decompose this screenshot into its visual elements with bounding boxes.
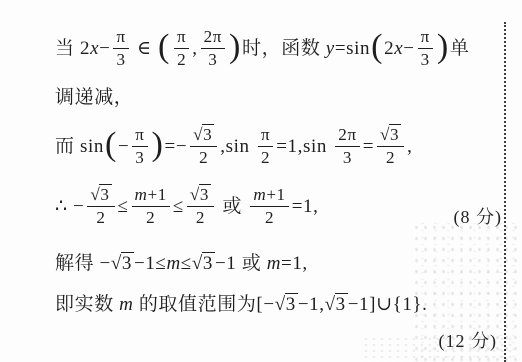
math-text: 2 — [177, 50, 186, 69]
math-square-root: √3 — [111, 253, 134, 274]
math-text: , — [192, 38, 197, 59]
fraction-numerator: m+1 — [132, 185, 170, 207]
math-text: = — [363, 136, 374, 157]
math-variable: x — [394, 38, 403, 59]
fraction-numerator: π — [132, 125, 147, 147]
solution-line-6: 即实数 m 的取值范围为[−√3−1,√3−1]∪{1}. — [55, 290, 428, 320]
math-text: 的取值范围为[− — [133, 294, 274, 315]
math-text: 而 sin — [55, 136, 104, 157]
math-text: ∴ − — [55, 196, 84, 217]
math-text: 2π — [204, 27, 222, 46]
fraction-denominator: 3 — [201, 49, 225, 70]
fraction-numerator: √3 — [377, 125, 404, 147]
math-text: ≤ — [181, 253, 192, 274]
math-variable: m — [135, 185, 148, 204]
fraction-denominator: 2 — [87, 207, 114, 228]
fraction-numerator: π — [113, 27, 128, 49]
math-fraction: √32 — [87, 185, 114, 227]
math-text: π — [116, 27, 125, 46]
big-parenthesis: ) — [229, 28, 241, 65]
math-square-root: √3 — [380, 125, 401, 144]
math-text: −1≤ — [134, 253, 166, 274]
fraction-numerator: m+1 — [250, 185, 288, 207]
math-text: 2 — [96, 208, 105, 227]
math-square-root: √3 — [275, 294, 298, 315]
math-text: 即实数 — [55, 294, 119, 315]
math-text: +1 — [266, 185, 285, 204]
radicand: 3 — [335, 293, 348, 315]
fraction-denominator: 3 — [335, 147, 359, 168]
math-square-root: √3 — [193, 125, 214, 144]
math-text: =− — [165, 136, 188, 157]
math-fraction: π2 — [174, 27, 189, 69]
math-text: =1, — [281, 253, 308, 274]
math-text: 单 — [450, 38, 470, 59]
math-fraction: √32 — [187, 185, 214, 227]
math-text: −1, — [298, 294, 325, 315]
math-text: 2π — [338, 125, 356, 144]
fraction-denominator: 3 — [418, 49, 433, 70]
math-text: 时，函数 — [242, 38, 326, 59]
radicand: 3 — [202, 252, 215, 274]
math-text: π — [421, 27, 430, 46]
math-text: 3 — [135, 148, 144, 167]
math-text: − — [403, 38, 414, 59]
math-text: 2 — [199, 148, 208, 167]
math-text: , — [407, 136, 412, 157]
math-text: 2 — [386, 148, 395, 167]
solution-line-2: 调递减， — [55, 83, 133, 113]
score-mark-8-points: (8 分) — [454, 190, 503, 244]
math-fraction: π3 — [132, 125, 147, 167]
math-text: ≤ — [118, 196, 129, 217]
fraction-numerator: π — [174, 27, 189, 49]
math-text: =1, — [292, 196, 319, 217]
math-text: 2 — [261, 148, 270, 167]
score-mark-12-points: (12 分) — [439, 327, 498, 353]
fraction-numerator: 2π — [335, 125, 359, 147]
fraction-denominator: 3 — [132, 147, 147, 168]
solution-line-3: 而 sin(−π3)=−√32,sin π2=1,sin 2π3=√32, — [55, 120, 413, 174]
math-text: 2 — [265, 208, 274, 227]
math-variable: m — [253, 185, 266, 204]
math-fraction: 2π3 — [201, 27, 225, 69]
page-edge-dotted-line — [504, 22, 506, 362]
math-text: π — [135, 125, 144, 144]
solution-line-1: 当 2x−π3 ∈ (π2,2π3)时，函数 y=sin(2x−π3)单 — [55, 22, 469, 76]
scanned-solution-page: 当 2x−π3 ∈ (π2,2π3)时，函数 y=sin(2x−π3)单 调递减… — [0, 0, 522, 362]
fraction-denominator: 2 — [174, 49, 189, 70]
math-variable: m — [119, 294, 133, 315]
fraction-numerator: π — [258, 125, 273, 147]
math-square-root: √3 — [90, 185, 111, 204]
math-variable: m — [267, 253, 281, 274]
math-text: − — [99, 38, 110, 59]
math-text: 3 — [208, 50, 217, 69]
fraction-numerator: 2π — [201, 27, 225, 49]
math-text: − — [118, 136, 129, 157]
math-text: π — [177, 27, 186, 46]
math-text: 解得 − — [55, 253, 111, 274]
math-variable: y — [326, 38, 335, 59]
fraction-denominator: 2 — [190, 147, 217, 168]
math-text: −1 或 — [215, 253, 267, 274]
math-text: 当 2 — [55, 38, 90, 59]
math-text: 2 — [196, 208, 205, 227]
radicand: 3 — [389, 124, 401, 144]
math-text: 3 — [421, 50, 430, 69]
math-square-root: √3 — [325, 294, 348, 315]
radicand: 3 — [285, 293, 298, 315]
radicand: 3 — [99, 184, 111, 204]
math-text: ,sin — [220, 136, 255, 157]
math-fraction: √32 — [190, 125, 217, 167]
radicand: 3 — [121, 252, 134, 274]
solution-line-4: ∴ −√32≤m+12≤√32 或 m+12=1, — [55, 180, 318, 234]
math-fraction: √32 — [377, 125, 404, 167]
math-text: 3 — [116, 50, 125, 69]
math-text: +1 — [147, 185, 166, 204]
math-fraction: m+12 — [132, 185, 170, 227]
big-parenthesis: ( — [105, 126, 117, 163]
fraction-denominator: 2 — [258, 147, 273, 168]
fraction-numerator: √3 — [187, 185, 214, 207]
radical-sign: √ — [325, 294, 336, 315]
radicand: 3 — [202, 124, 214, 144]
math-text: 2 — [384, 38, 394, 59]
fraction-denominator: 2 — [132, 207, 170, 228]
math-square-root: √3 — [190, 185, 211, 204]
big-parenthesis: ( — [371, 28, 383, 65]
math-text: 2 — [146, 208, 155, 227]
math-fraction: m+12 — [250, 185, 288, 227]
math-fraction: π3 — [113, 27, 128, 69]
fraction-denominator: 2 — [377, 147, 404, 168]
solution-line-5: 解得 −√3−1≤m≤√3−1 或 m=1, — [55, 249, 308, 279]
fraction-denominator: 2 — [250, 207, 288, 228]
math-text: 或 — [217, 196, 247, 217]
fraction-numerator: π — [418, 27, 433, 49]
math-text: =1,sin — [276, 136, 332, 157]
fraction-denominator: 2 — [187, 207, 214, 228]
big-parenthesis: ) — [152, 126, 164, 163]
math-text: ≤ — [173, 196, 184, 217]
fraction-numerator: √3 — [87, 185, 114, 207]
math-text: π — [261, 125, 270, 144]
fraction-numerator: √3 — [190, 125, 217, 147]
math-square-root: √3 — [192, 253, 215, 274]
math-variable: m — [166, 253, 180, 274]
math-text: =sin — [335, 38, 370, 59]
radicand: 3 — [199, 184, 211, 204]
big-parenthesis: ( — [158, 28, 170, 65]
math-fraction: π3 — [418, 27, 433, 69]
big-parenthesis: ) — [437, 28, 449, 65]
math-fraction: π2 — [258, 125, 273, 167]
math-fraction: 2π3 — [335, 125, 359, 167]
math-variable: x — [90, 38, 99, 59]
fraction-denominator: 3 — [113, 49, 128, 70]
math-text: 3 — [343, 148, 352, 167]
math-text: ∈ — [132, 38, 157, 59]
math-text: 调递减， — [55, 87, 133, 108]
math-text: −1]∪{1}. — [348, 294, 428, 315]
